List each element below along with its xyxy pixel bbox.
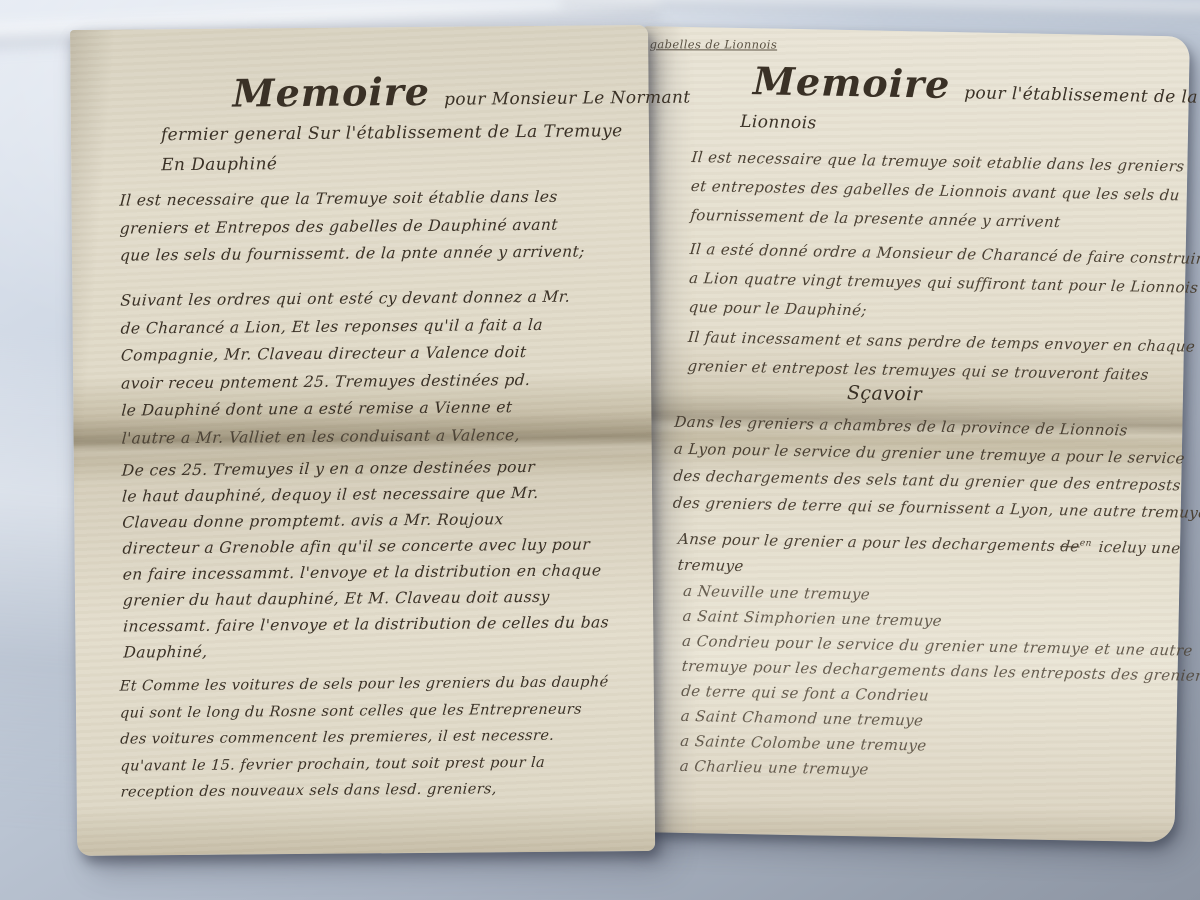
paragraph: Et Comme les voitures de sels pour les g… — [120, 669, 610, 806]
photo-scene: gabelles de Lionnois Memoirepour l'établ… — [0, 0, 1200, 900]
manuscript-line: le Dauphiné dont une a esté remise a Vie… — [120, 394, 572, 425]
manuscript-line: reception des nouveaux sels dans lesd. g… — [120, 775, 610, 806]
inserted-word: en — [1079, 539, 1092, 549]
line-text: iceluy une — [1093, 538, 1182, 558]
manuscript-line: que les sels du fournissemt. de la pnte … — [119, 239, 585, 271]
manuscript-line: de Charancé a Lion, Et les reponses qu'i… — [120, 311, 572, 342]
paragraph-with-correction: Anse pour le grenier a pour les decharge… — [677, 523, 1181, 588]
title-line2: fermier general Sur l'établissement de L… — [161, 121, 623, 145]
manuscript-line: des voitures commencent les premieres, i… — [119, 722, 609, 753]
page-title: Memoirepour Monsieur Le Normant — [232, 67, 690, 116]
manuscript-line: Et Comme les voitures de sels pour les g… — [119, 669, 609, 700]
paragraph: Il faut incessament et sans perdre de te… — [687, 323, 1195, 391]
title-big-word: Memoire — [753, 58, 951, 107]
manuscript-line: Suivant les ordres qui ont esté cy devan… — [120, 284, 572, 315]
paragraph: Dans les greniers a chambres de la provi… — [673, 409, 1200, 527]
allocation-list: a Neuville une tremuye a Saint Simphorie… — [680, 579, 1200, 789]
paragraph: Il a esté donné ordre a Monsieur de Char… — [688, 235, 1200, 332]
corner-annotation: gabelles de Lionnois — [650, 37, 778, 51]
page-title: Memoirepour l'établissement de la tremuy… — [753, 58, 1200, 114]
left-manuscript-page: Memoirepour Monsieur Le Normant fermier … — [70, 25, 655, 856]
paragraph: De ces 25. Tremuyes il y en a onze desti… — [122, 453, 610, 665]
struck-word: de — [1059, 537, 1080, 555]
right-manuscript-page: gabelles de Lionnois Memoirepour l'établ… — [627, 26, 1190, 842]
manuscript-line: Dauphiné, — [123, 635, 610, 665]
manuscript-line: Il est necessaire que la Tremuye soit ét… — [119, 184, 585, 216]
manuscript-line: greniers et Entrepos des gabelles de Dau… — [119, 211, 585, 243]
paragraph: Il est necessaire que la Tremuye soit ét… — [119, 184, 585, 271]
title-big-word: Memoire — [232, 69, 430, 116]
section-heading: Sçavoir — [847, 382, 923, 405]
line-text: Anse pour le grenier a pour les decharge… — [677, 530, 1061, 555]
title-line2: Lionnois — [740, 112, 817, 133]
manuscript-line: Compagnie, Mr. Claveau directeur a Valen… — [120, 339, 572, 370]
manuscript-line: avoir receu pntement 25. Tremuyes destin… — [120, 366, 572, 397]
paragraph: Il est necessaire que la tremuye soit et… — [690, 143, 1185, 239]
title-line3: En Dauphiné — [161, 154, 277, 175]
manuscript-line: l'autre a Mr. Valliet en les conduisant … — [121, 421, 573, 452]
title-rest: pour Monsieur Le Normant — [444, 88, 691, 110]
title-rest: pour l'établissement de la tremuye en — [964, 83, 1200, 110]
paragraph: Suivant les ordres qui ont esté cy devan… — [120, 284, 571, 453]
